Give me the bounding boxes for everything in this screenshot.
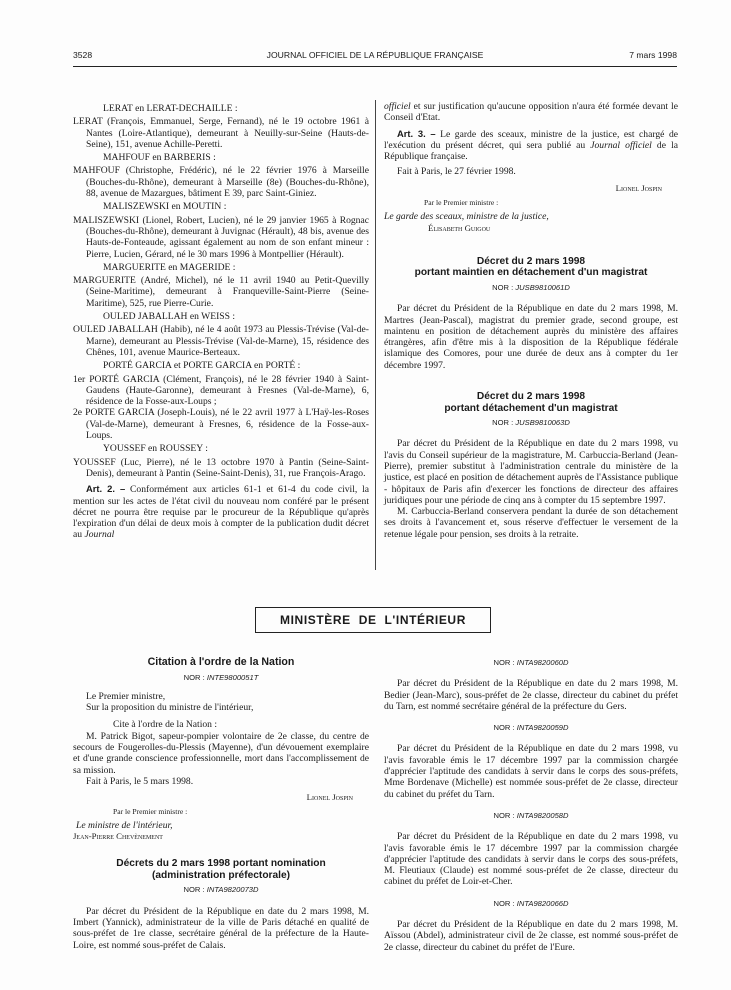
decree-title: Décret du 2 mars 1998 (384, 256, 678, 268)
nor-label: NOR : (183, 885, 204, 894)
nor-reference: NOR : INTA9820059D (384, 722, 678, 733)
citation-title: Citation à l'ordre de la Nation (73, 657, 369, 669)
decree-detachement: Décret du 2 mars 1998 portant détachemen… (384, 391, 678, 540)
decree-text: M. Carbuccia-Berland conservera pendant … (384, 506, 678, 540)
article-label: Art. 3. – (397, 128, 436, 139)
entry-lerat: LERAT en LERAT-DECHAILLE : LERAT (Franço… (73, 103, 369, 150)
article-2: Art. 2. – Conformément aux articles 61-1… (73, 483, 369, 540)
decree-item: NOR : INTA9820058D Par décret du Préside… (384, 810, 678, 888)
interior-right-column: NOR : INTA9820060D Par décret du Préside… (384, 657, 678, 953)
decree-title: Décrets du 2 mars 1998 portant nominatio… (73, 858, 369, 870)
decree-item: NOR : INTA9820060D Par décret du Préside… (384, 657, 678, 712)
nor-label: NOR : (184, 673, 205, 682)
decrees-nomination: Décrets du 2 mars 1998 portant nominatio… (73, 858, 369, 950)
nor-label: NOR : (493, 723, 514, 732)
decree-subtitle: (administration préfectorale) (73, 870, 369, 882)
nor-reference: NOR : JUSB9810063D (384, 417, 678, 428)
minister-role-text: Le garde des sceaux, ministre de la just… (384, 211, 549, 222)
entry-body: MARGUERITE (André, Michel), né le 11 avr… (73, 275, 369, 309)
decree-text: Par décret du Président de la République… (384, 438, 678, 506)
nor-reference: NOR : INTA9820073D (73, 884, 369, 895)
entry-heading: MAHFOUF en BARBERIS : (73, 152, 369, 163)
entry-body: LERAT (François, Emmanuel, Serge, Fernan… (73, 116, 369, 150)
entry-porte-garcia: PORTÉ GARCIA et PORTE GARCIA en PORTÉ : … (73, 360, 369, 441)
nor-code: JUSB9810063D (515, 418, 569, 427)
article-italic: Journal (84, 529, 114, 540)
entry-marguerite: MARGUERITE en MAGERIDE : MARGUERITE (And… (73, 262, 369, 309)
entry-heading: LERAT en LERAT-DECHAILLE : (73, 103, 369, 114)
entry-heading: MARGUERITE en MAGERIDE : (73, 262, 369, 273)
article-2-continuation: officiel et sur justification qu'aucune … (384, 101, 678, 124)
entry-body: OULED JABALLAH (Habib), né le 4 août 197… (73, 324, 369, 358)
entry-heading: MALISZEWSKI en MOUTIN : (73, 201, 369, 212)
fait-line: Fait à Paris, le 27 février 1998. (384, 166, 678, 177)
interior-left-column: Citation à l'ordre de la Nation NOR : IN… (73, 657, 369, 951)
intro-line: Sur la proposition du ministre de l'inté… (73, 702, 369, 713)
minister-name: Jean-Pierre Chevènement (73, 831, 369, 842)
entry-youssef: YOUSSEF en ROUSSEY : YOUSSEF (Luc, Pierr… (73, 443, 369, 479)
decree-text: Par décret du Président de la République… (73, 906, 369, 951)
italic-text: officiel (384, 101, 411, 112)
article-label: Art. 2. – (86, 483, 125, 494)
entry-body: YOUSSEF (Luc, Pierre), né le 13 octobre … (73, 457, 369, 480)
par-premier-ministre: Par le Premier ministre : (73, 806, 369, 817)
decree-text: Par décret du Président de la République… (384, 678, 678, 712)
citation-text: M. Patrick Bigot, sapeur-pompier volonta… (73, 731, 369, 776)
nor-code: INTA9820059D (517, 723, 569, 732)
entry-heading: YOUSSEF en ROUSSEY : (73, 443, 369, 454)
nor-label: NOR : (493, 899, 514, 908)
decree-item: NOR : INTA9820066D Par décret du Préside… (384, 898, 678, 953)
entry-maliszewski: MALISZEWSKI en MOUTIN : MALISZEWSKI (Lio… (73, 201, 369, 259)
name-change-list: LERAT en LERAT-DECHAILLE : LERAT (Franço… (73, 101, 369, 541)
page-header: 3528 JOURNAL OFFICIEL DE LA RÉPUBLIQUE F… (73, 50, 677, 64)
nor-code: INTA9820073D (207, 885, 259, 894)
nor-code: JUSB9810061D (515, 283, 569, 292)
decree-subtitle: portant détachement d'un magistrat (384, 403, 678, 415)
nor-reference: NOR : INTA9820058D (384, 810, 678, 821)
cite-line: Cite à l'ordre de la Nation : (73, 719, 369, 730)
minister-role: Le garde des sceaux, ministre de la just… (384, 211, 678, 222)
ministry-heading: MINISTÈRE DE L'INTÉRIEUR (255, 607, 491, 633)
article-3: Art. 3. – Le garde des sceaux, ministre … (384, 128, 678, 163)
decree-item: NOR : INTA9820059D Par décret du Préside… (384, 722, 678, 800)
par-premier-ministre: Par le Premier ministre : (384, 197, 678, 208)
entry-heading: PORTÉ GARCIA et PORTE GARCIA en PORTÉ : (73, 360, 369, 371)
entry-body: MALISZEWSKI (Lionel, Robert, Lucien), né… (73, 215, 369, 260)
minister-role: Le ministre de l'intérieur, (73, 820, 369, 831)
nor-code: INTA9820060D (517, 658, 569, 667)
nor-reference: NOR : INTA9820060D (384, 657, 678, 668)
nor-reference: NOR : INTA9820066D (384, 898, 678, 909)
intro-line: Le Premier ministre, (73, 691, 369, 702)
signature: Lionel Jospin (73, 792, 369, 803)
entry-mahfouf: MAHFOUF en BARBERIS : MAHFOUF (Christoph… (73, 152, 369, 199)
entry-body: MAHFOUF (Christophe, Frédéric), né le 22… (73, 165, 369, 199)
decree-maintien: Décret du 2 mars 1998 portant maintien e… (384, 256, 678, 371)
fait-line: Fait à Paris, le 5 mars 1998. (73, 776, 369, 787)
decree-text: Par décret du Président de la République… (384, 303, 678, 371)
decree-text: Par décret du Président de la République… (384, 743, 678, 799)
decree-text: Par décret du Président de la République… (384, 831, 678, 887)
entry-body: 1er PORTÉ GARCIA (Clément, François), né… (73, 374, 369, 408)
entry-body: 2e PORTE GARCIA (Joseph-Louis), né le 22… (73, 407, 369, 441)
entry-ouled-jaballah: OULED JABALLAH en WEISS : OULED JABALLAH… (73, 311, 369, 358)
nor-code: INTE9800051T (207, 673, 259, 682)
journal-title: JOURNAL OFFICIEL DE LA RÉPUBLIQUE FRANÇA… (73, 50, 677, 60)
nor-reference: NOR : JUSB9810061D (384, 282, 678, 293)
nor-code: INTA9820058D (517, 811, 569, 820)
nor-label: NOR : (492, 418, 513, 427)
nor-code: INTA9820066D (517, 899, 569, 908)
nor-reference: NOR : INTE9800051T (73, 672, 369, 683)
continuation-text: et sur justification qu'aucune oppositio… (384, 101, 678, 123)
signature: Lionel Jospin (384, 183, 678, 194)
article-italic: Journal officiel (590, 140, 652, 151)
nor-label: NOR : (492, 283, 513, 292)
decree-closing-column: officiel et sur justification qu'aucune … (384, 101, 678, 540)
decree-title: Décret du 2 mars 1998 (384, 391, 678, 403)
nor-label: NOR : (493, 811, 514, 820)
issue-date: 7 mars 1998 (629, 50, 677, 60)
nor-label: NOR : (493, 658, 514, 667)
column-divider (375, 100, 376, 570)
header-rule (73, 66, 677, 67)
minister-name: Élisabeth Guigou (384, 223, 678, 234)
minister-role-text: Le ministre de l'intérieur, (76, 820, 173, 831)
decree-text: Par décret du Président de la République… (384, 919, 678, 953)
entry-heading: OULED JABALLAH en WEISS : (73, 311, 369, 322)
decree-subtitle: portant maintien en détachement d'un mag… (384, 267, 678, 279)
